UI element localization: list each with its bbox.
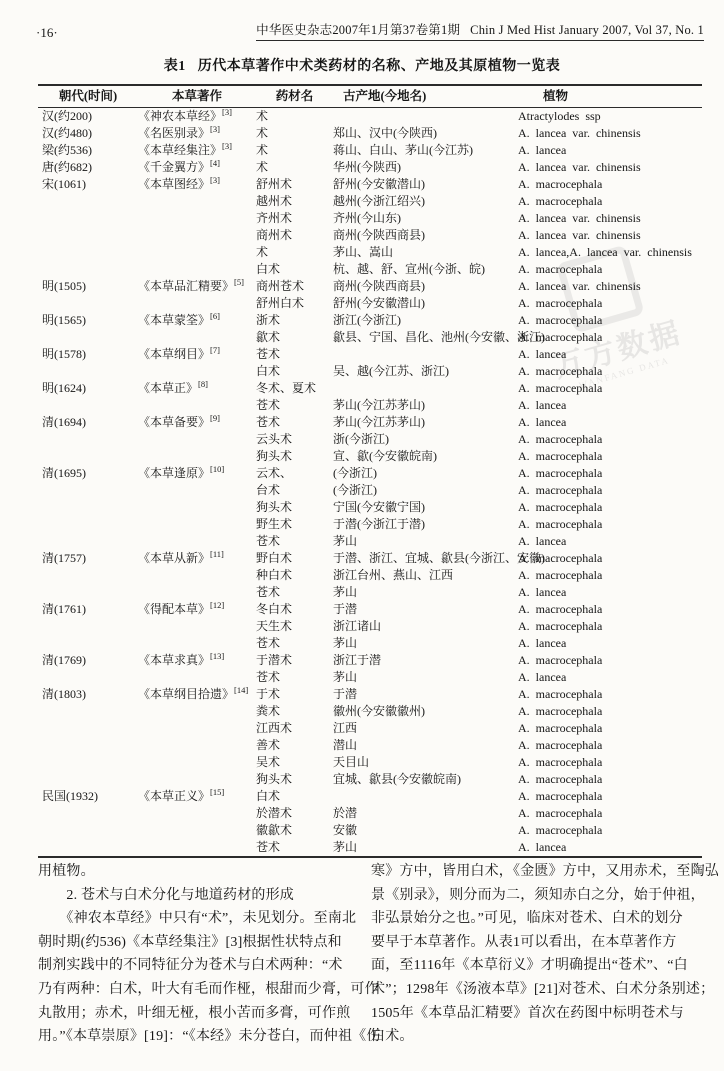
table-row: 民国(1932)《本草正义》[15]白术A. macrocephala [38, 788, 702, 805]
cell-place: 茅山 [333, 669, 518, 686]
cell-dynasty [38, 839, 138, 857]
cell-drug-name: 术 [256, 125, 333, 142]
cell-work [138, 431, 256, 448]
cell-work [138, 227, 256, 244]
cell-place: 杭、越、舒、宣州(今浙、皖) [333, 261, 518, 278]
journal-header: 中华医史杂志2007年1月第37卷第1期Chin J Med Hist Janu… [256, 20, 704, 41]
cell-plant: A. macrocephala [518, 431, 702, 448]
cell-plant: A. macrocephala [518, 703, 702, 720]
cell-work [138, 805, 256, 822]
cell-place: 茅山 [333, 584, 518, 601]
cell-plant: A. macrocephala [518, 193, 702, 210]
table-row: 越州术越州(今浙江绍兴)A. macrocephala [38, 193, 702, 210]
cell-drug-name: 云头术 [256, 431, 333, 448]
table-row: 云头术浙(今浙江)A. macrocephala [38, 431, 702, 448]
cell-work [138, 635, 256, 652]
cell-dynasty: 汉(约480) [38, 125, 138, 142]
cell-drug-name: 苍术 [256, 346, 333, 363]
cell-plant: A. macrocephala [518, 822, 702, 839]
body-column-left: 用植物。 2. 苍术与白术分化与地道药材的形成 《神农本草经》中只有“术”，未见… [38, 860, 354, 1049]
citation-ref: [7] [210, 345, 220, 355]
cell-dynasty [38, 363, 138, 380]
table-row: 清(1803)《本草纲目拾遗》[14]于术于潜A. macrocephala [38, 686, 702, 703]
cell-plant: A. macrocephala [518, 295, 702, 312]
cell-place: 茅山 [333, 839, 518, 857]
cell-plant: A. macrocephala [518, 567, 702, 584]
cell-plant: A. lancea [518, 397, 702, 414]
table-row: 狗头术宜城、歙县(今安徽皖南)A. macrocephala [38, 771, 702, 788]
col-header-plant: 植物 [518, 85, 702, 108]
citation-ref: [10] [210, 464, 224, 474]
cell-dynasty: 明(1565) [38, 312, 138, 329]
cell-drug-name: 狗头术 [256, 771, 333, 788]
table-row: 善术潜山A. macrocephala [38, 737, 702, 754]
table-row: 苍术茅山A. lancea [38, 635, 702, 652]
cell-dynasty [38, 737, 138, 754]
cell-work [138, 737, 256, 754]
cell-plant: A. macrocephala [518, 618, 702, 635]
cell-plant: A. macrocephala [518, 482, 702, 499]
cell-place: 郑山、汉中(今陕西) [333, 125, 518, 142]
cell-plant: A. lancea var. chinensis [518, 125, 702, 142]
table-row: 於潜术於潜A. macrocephala [38, 805, 702, 822]
cell-place: 商州(今陕西商县) [333, 278, 518, 295]
cell-work [138, 448, 256, 465]
cell-drug-name: 商州苍术 [256, 278, 333, 295]
table-row: 野生术于潜(今浙江于潜)A. macrocephala [38, 516, 702, 533]
citation-ref: [9] [210, 413, 220, 423]
cell-work: 《本草蒙筌》[6] [138, 312, 256, 329]
cell-drug-name: 於潜术 [256, 805, 333, 822]
cell-place: 茅山(今江苏茅山) [333, 397, 518, 414]
table-header: 朝代(时间) 本草著作 药材名 古产地(今地名) 植物 [38, 85, 702, 108]
cell-work [138, 618, 256, 635]
cell-drug-name: 舒州术 [256, 176, 333, 193]
cell-plant: A. macrocephala [518, 261, 702, 278]
cell-plant: A. macrocephala [518, 312, 702, 329]
cell-plant: A. lancea,A. lancea var. chinensis [518, 244, 702, 261]
cell-place: 华州(今陕西) [333, 159, 518, 176]
cell-dynasty [38, 295, 138, 312]
cell-drug-name: 粪术 [256, 703, 333, 720]
cell-drug-name: 浙术 [256, 312, 333, 329]
cell-drug-name: 苍术 [256, 635, 333, 652]
cell-place: 宁国(今安徽宁国) [333, 499, 518, 516]
cell-dynasty [38, 227, 138, 244]
citation-ref: [3] [222, 107, 232, 117]
cell-drug-name: 天生术 [256, 618, 333, 635]
cell-work [138, 567, 256, 584]
cell-place [333, 788, 518, 805]
cell-dynasty [38, 822, 138, 839]
cell-place: 舒州(今安徽潜山) [333, 295, 518, 312]
table-row: 粪术徽州(今安徽徽州)A. macrocephala [38, 703, 702, 720]
table-row: 清(1761)《得配本草》[12]冬白术于潜A. macrocephala [38, 601, 702, 618]
cell-work [138, 839, 256, 857]
cell-work: 《本草求真》[13] [138, 652, 256, 669]
cell-work [138, 771, 256, 788]
cell-drug-name: 商州术 [256, 227, 333, 244]
col-header-place: 古产地(今地名) [333, 85, 518, 108]
cell-dynasty: 明(1578) [38, 346, 138, 363]
cell-dynasty [38, 533, 138, 550]
cell-dynasty [38, 261, 138, 278]
table-row: 术茅山、嵩山A. lancea,A. lancea var. chinensis [38, 244, 702, 261]
cell-plant: A. macrocephala [518, 329, 702, 346]
cell-work [138, 329, 256, 346]
citation-ref: [14] [234, 685, 248, 695]
table-header-row: 朝代(时间) 本草著作 药材名 古产地(今地名) 植物 [38, 85, 702, 108]
cell-place: 于潜、浙江、宜城、歙县(今浙江、安徽) [333, 550, 518, 567]
cell-drug-name: 白术 [256, 788, 333, 805]
table-row: 明(1565)《本草蒙筌》[6]浙术浙江(今浙江)A. macrocephala [38, 312, 702, 329]
table-row: 白术杭、越、舒、宣州(今浙、皖)A. macrocephala [38, 261, 702, 278]
table-row: 白术吴、越(今江苏、浙江)A. macrocephala [38, 363, 702, 380]
cell-drug-name: 于潜术 [256, 652, 333, 669]
cell-drug-name: 野白术 [256, 550, 333, 567]
cell-plant: A. lancea var. chinensis [518, 210, 702, 227]
cell-dynasty [38, 703, 138, 720]
table-row: 舒州白术舒州(今安徽潜山)A. macrocephala [38, 295, 702, 312]
cell-dynasty [38, 431, 138, 448]
citation-ref: [11] [210, 549, 224, 559]
col-header-work: 本草著作 [138, 85, 256, 108]
cell-place: 潜山 [333, 737, 518, 754]
cell-drug-name: 齐州术 [256, 210, 333, 227]
cell-place: 宣、歙(今安徽皖南) [333, 448, 518, 465]
cell-place: 于潜(今浙江于潜) [333, 516, 518, 533]
cell-drug-name: 术 [256, 159, 333, 176]
table-caption-title: 历代本草著作中术类药材的名称、产地及其原植物一览表 [198, 59, 561, 74]
cell-place: 宜城、歙县(今安徽皖南) [333, 771, 518, 788]
cell-dynasty: 清(1694) [38, 414, 138, 431]
cell-place: 商州(今陕西商县) [333, 227, 518, 244]
cell-dynasty [38, 516, 138, 533]
cell-dynasty [38, 754, 138, 771]
cell-plant: Atractylodes ssp [518, 108, 702, 126]
cell-place: 茅山 [333, 635, 518, 652]
cell-dynasty [38, 193, 138, 210]
page-number: ·16· [36, 25, 58, 41]
cell-plant: A. lancea var. chinensis [518, 278, 702, 295]
cell-dynasty: 宋(1061) [38, 176, 138, 193]
table-caption-label: 表1 [164, 59, 186, 74]
cell-plant: A. macrocephala [518, 754, 702, 771]
cell-work: 《千金翼方》[4] [138, 159, 256, 176]
cell-drug-name: 江西术 [256, 720, 333, 737]
cell-work: 《本草正义》[15] [138, 788, 256, 805]
cell-work [138, 261, 256, 278]
cell-drug-name: 云术、 [256, 465, 333, 482]
cell-dynasty: 明(1505) [38, 278, 138, 295]
cell-work [138, 669, 256, 686]
cell-dynasty: 民国(1932) [38, 788, 138, 805]
cell-work [138, 210, 256, 227]
table-row: 江西术江西A. macrocephala [38, 720, 702, 737]
table-body: 汉(约200)《神农本草经》[3]术Atractylodes ssp汉(约480… [38, 108, 702, 858]
cell-place [333, 346, 518, 363]
table-row: 吴术天目山A. macrocephala [38, 754, 702, 771]
cell-work: 《神农本草经》[3] [138, 108, 256, 126]
cell-place: 浙江(今浙江) [333, 312, 518, 329]
cell-drug-name: 苍术 [256, 533, 333, 550]
cell-dynasty [38, 448, 138, 465]
cell-drug-name: 苍术 [256, 414, 333, 431]
cell-drug-name: 越州术 [256, 193, 333, 210]
cell-dynasty: 唐(约682) [38, 159, 138, 176]
cell-plant: A. macrocephala [518, 737, 702, 754]
citation-ref: [5] [234, 277, 244, 287]
cell-work: 《本草备要》[9] [138, 414, 256, 431]
cell-plant: A. lancea [518, 584, 702, 601]
cell-dynasty: 清(1757) [38, 550, 138, 567]
cell-dynasty: 梁(约536) [38, 142, 138, 159]
citation-ref: [15] [210, 787, 224, 797]
cell-place [333, 108, 518, 126]
cell-work: 《本草纲目》[7] [138, 346, 256, 363]
cell-work [138, 295, 256, 312]
col-header-dynasty: 朝代(时间) [38, 85, 138, 108]
cell-work [138, 703, 256, 720]
table-row: 清(1694)《本草备要》[9]苍术茅山(今江苏茅山)A. lancea [38, 414, 702, 431]
cell-drug-name: 吴术 [256, 754, 333, 771]
cell-place: 於潜 [333, 805, 518, 822]
cell-plant: A. macrocephala [518, 652, 702, 669]
cell-place: 茅山、嵩山 [333, 244, 518, 261]
cell-work [138, 193, 256, 210]
citation-ref: [6] [210, 311, 220, 321]
cell-dynasty [38, 499, 138, 516]
table-row: 种白术浙江台州、燕山、江西A. macrocephala [38, 567, 702, 584]
cell-place: 徽州(今安徽徽州) [333, 703, 518, 720]
cell-work: 《本草品汇精要》[5] [138, 278, 256, 295]
cell-dynasty [38, 720, 138, 737]
cell-work [138, 482, 256, 499]
table-row: 台术(今浙江)A. macrocephala [38, 482, 702, 499]
page-header: ·16· 中华医史杂志2007年1月第37卷第1期Chin J Med Hist… [36, 20, 704, 41]
table-row: 商州术商州(今陕西商县)A. lancea var. chinensis [38, 227, 702, 244]
cell-plant: A. macrocephala [518, 550, 702, 567]
cell-plant: A. lancea var. chinensis [518, 159, 702, 176]
cell-dynasty [38, 244, 138, 261]
table-row: 汉(约200)《神农本草经》[3]术Atractylodes ssp [38, 108, 702, 126]
cell-dynasty [38, 805, 138, 822]
table-row: 歙术歙县、宁国、昌化、池州(今安徽、浙江)A. macrocephala [38, 329, 702, 346]
cell-place: 舒州(今安徽潜山) [333, 176, 518, 193]
cell-work [138, 720, 256, 737]
herbal-works-table: 朝代(时间) 本草著作 药材名 古产地(今地名) 植物 汉(约200)《神农本草… [38, 84, 702, 858]
cell-place: 浙江诸山 [333, 618, 518, 635]
cell-place: 于潜 [333, 686, 518, 703]
cell-place: 江西 [333, 720, 518, 737]
table-row: 明(1624)《本草正》[8]冬术、夏术A. macrocephala [38, 380, 702, 397]
cell-plant: A. lancea [518, 142, 702, 159]
cell-work [138, 363, 256, 380]
table-row: 清(1757)《本草从新》[11]野白术于潜、浙江、宜城、歙县(今浙江、安徽)A… [38, 550, 702, 567]
cell-place: (今浙江) [333, 482, 518, 499]
cell-place: 齐州(今山东) [333, 210, 518, 227]
cell-work: 《本草图经》[3] [138, 176, 256, 193]
journal-title-en: Chin J Med Hist January 2007, Vol 37, No… [470, 23, 704, 37]
cell-dynasty: 明(1624) [38, 380, 138, 397]
cell-place: 蒋山、白山、茅山(今江苏) [333, 142, 518, 159]
cell-place: 茅山 [333, 533, 518, 550]
table-row: 苍术茅山A. lancea [38, 533, 702, 550]
cell-plant: A. macrocephala [518, 465, 702, 482]
cell-plant: A. lancea [518, 346, 702, 363]
cell-dynasty [38, 669, 138, 686]
table-row: 清(1695)《本草逢原》[10]云术、(今浙江)A. macrocephala [38, 465, 702, 482]
cell-place: (今浙江) [333, 465, 518, 482]
cell-plant: A. macrocephala [518, 601, 702, 618]
cell-dynasty: 清(1769) [38, 652, 138, 669]
table-row: 苍术茅山(今江苏茅山)A. lancea [38, 397, 702, 414]
cell-plant: A. lancea [518, 669, 702, 686]
citation-ref: [12] [210, 600, 224, 610]
cell-drug-name: 种白术 [256, 567, 333, 584]
table-row: 齐州术齐州(今山东)A. lancea var. chinensis [38, 210, 702, 227]
cell-drug-name: 术 [256, 142, 333, 159]
cell-dynasty [38, 329, 138, 346]
citation-ref: [4] [210, 158, 220, 168]
cell-drug-name: 徽歙术 [256, 822, 333, 839]
table-row: 狗头术宁国(今安徽宁国)A. macrocephala [38, 499, 702, 516]
cell-work [138, 516, 256, 533]
cell-plant: A. lancea [518, 414, 702, 431]
cell-plant: A. macrocephala [518, 771, 702, 788]
cell-place: 吴、越(今江苏、浙江) [333, 363, 518, 380]
cell-work: 《本草经集注》[3] [138, 142, 256, 159]
table-row: 明(1505)《本草品汇精要》[5]商州苍术商州(今陕西商县)A. lancea… [38, 278, 702, 295]
citation-ref: [13] [210, 651, 224, 661]
table-caption: 表1历代本草著作中术类药材的名称、产地及其原植物一览表 [0, 55, 724, 75]
cell-plant: A. lancea [518, 533, 702, 550]
table-row: 苍术茅山A. lancea [38, 839, 702, 857]
cell-plant: A. macrocephala [518, 176, 702, 193]
cell-work [138, 822, 256, 839]
cell-work: 《得配本草》[12] [138, 601, 256, 618]
cell-plant: A. lancea [518, 635, 702, 652]
body-column-right: 寒》方中，皆用白术，《金匮》方中，又用赤术，至陶弘 景《别录》，则分而为二，须知… [371, 860, 702, 1049]
cell-plant: A. macrocephala [518, 805, 702, 822]
cell-work: 《名医别录》[3] [138, 125, 256, 142]
cell-drug-name: 善术 [256, 737, 333, 754]
table-row: 汉(约480)《名医别录》[3]术郑山、汉中(今陕西)A. lancea var… [38, 125, 702, 142]
cell-work: 《本草逢原》[10] [138, 465, 256, 482]
cell-plant: A. macrocephala [518, 363, 702, 380]
cell-dynasty: 清(1803) [38, 686, 138, 703]
cell-place: 天目山 [333, 754, 518, 771]
cell-work [138, 499, 256, 516]
cell-place: 浙江于潜 [333, 652, 518, 669]
cell-dynasty [38, 567, 138, 584]
cell-work: 《本草从新》[11] [138, 550, 256, 567]
cell-work [138, 397, 256, 414]
cell-place: 于潜 [333, 601, 518, 618]
cell-plant: A. macrocephala [518, 788, 702, 805]
cell-dynasty: 清(1695) [38, 465, 138, 482]
cell-plant: A. macrocephala [518, 720, 702, 737]
cell-drug-name: 台术 [256, 482, 333, 499]
cell-drug-name: 苍术 [256, 839, 333, 857]
cell-work [138, 584, 256, 601]
table-row: 梁(约536)《本草经集注》[3]术蒋山、白山、茅山(今江苏)A. lancea [38, 142, 702, 159]
citation-ref: [3] [210, 175, 220, 185]
cell-drug-name: 苍术 [256, 584, 333, 601]
cell-work [138, 754, 256, 771]
cell-place: 越州(今浙江绍兴) [333, 193, 518, 210]
cell-work [138, 533, 256, 550]
table-row: 苍术茅山A. lancea [38, 669, 702, 686]
table-row: 清(1769)《本草求真》[13]于潜术浙江于潜A. macrocephala [38, 652, 702, 669]
citation-ref: [3] [210, 124, 220, 134]
cell-drug-name: 狗头术 [256, 448, 333, 465]
cell-drug-name: 白术 [256, 363, 333, 380]
table-row: 唐(约682)《千金翼方》[4]术华州(今陕西)A. lancea var. c… [38, 159, 702, 176]
cell-drug-name: 于术 [256, 686, 333, 703]
cell-plant: A. macrocephala [518, 516, 702, 533]
cell-dynasty: 清(1761) [38, 601, 138, 618]
cell-drug-name: 术 [256, 108, 333, 126]
table-row: 苍术茅山A. lancea [38, 584, 702, 601]
cell-drug-name: 冬术、夏术 [256, 380, 333, 397]
cell-dynasty [38, 635, 138, 652]
cell-drug-name: 舒州白术 [256, 295, 333, 312]
table-row: 明(1578)《本草纲目》[7]苍术A. lancea [38, 346, 702, 363]
cell-dynasty: 汉(约200) [38, 108, 138, 126]
cell-dynasty [38, 584, 138, 601]
cell-place: 浙(今浙江) [333, 431, 518, 448]
cell-drug-name: 狗头术 [256, 499, 333, 516]
citation-ref: [8] [198, 379, 208, 389]
cell-drug-name: 野生术 [256, 516, 333, 533]
cell-dynasty [38, 618, 138, 635]
cell-dynasty [38, 397, 138, 414]
cell-drug-name: 苍术 [256, 397, 333, 414]
cell-drug-name: 歙术 [256, 329, 333, 346]
cell-place: 浙江台州、燕山、江西 [333, 567, 518, 584]
col-header-drug-name: 药材名 [256, 85, 333, 108]
cell-place: 茅山(今江苏茅山) [333, 414, 518, 431]
cell-work [138, 244, 256, 261]
journal-title-cn: 中华医史杂志2007年1月第37卷第1期 [256, 23, 460, 37]
cell-plant: A. lancea var. chinensis [518, 227, 702, 244]
cell-drug-name: 白术 [256, 261, 333, 278]
cell-drug-name: 术 [256, 244, 333, 261]
cell-dynasty [38, 771, 138, 788]
cell-drug-name: 冬白术 [256, 601, 333, 618]
table-row: 狗头术宣、歙(今安徽皖南)A. macrocephala [38, 448, 702, 465]
cell-plant: A. macrocephala [518, 686, 702, 703]
citation-ref: [3] [222, 141, 232, 151]
cell-dynasty [38, 482, 138, 499]
cell-work: 《本草正》[8] [138, 380, 256, 397]
cell-plant: A. macrocephala [518, 448, 702, 465]
cell-drug-name: 苍术 [256, 669, 333, 686]
cell-work: 《本草纲目拾遗》[14] [138, 686, 256, 703]
cell-plant: A. lancea [518, 839, 702, 857]
cell-place [333, 380, 518, 397]
cell-place: 歙县、宁国、昌化、池州(今安徽、浙江) [333, 329, 518, 346]
table-row: 天生术浙江诸山A. macrocephala [38, 618, 702, 635]
body-text: 用植物。 2. 苍术与白术分化与地道药材的形成 《神农本草经》中只有“术”，未见… [38, 860, 702, 1049]
cell-dynasty [38, 210, 138, 227]
cell-plant: A. macrocephala [518, 380, 702, 397]
table-row: 宋(1061)《本草图经》[3]舒州术舒州(今安徽潜山)A. macroceph… [38, 176, 702, 193]
cell-place: 安徽 [333, 822, 518, 839]
table-row: 徽歙术安徽A. macrocephala [38, 822, 702, 839]
cell-plant: A. macrocephala [518, 499, 702, 516]
